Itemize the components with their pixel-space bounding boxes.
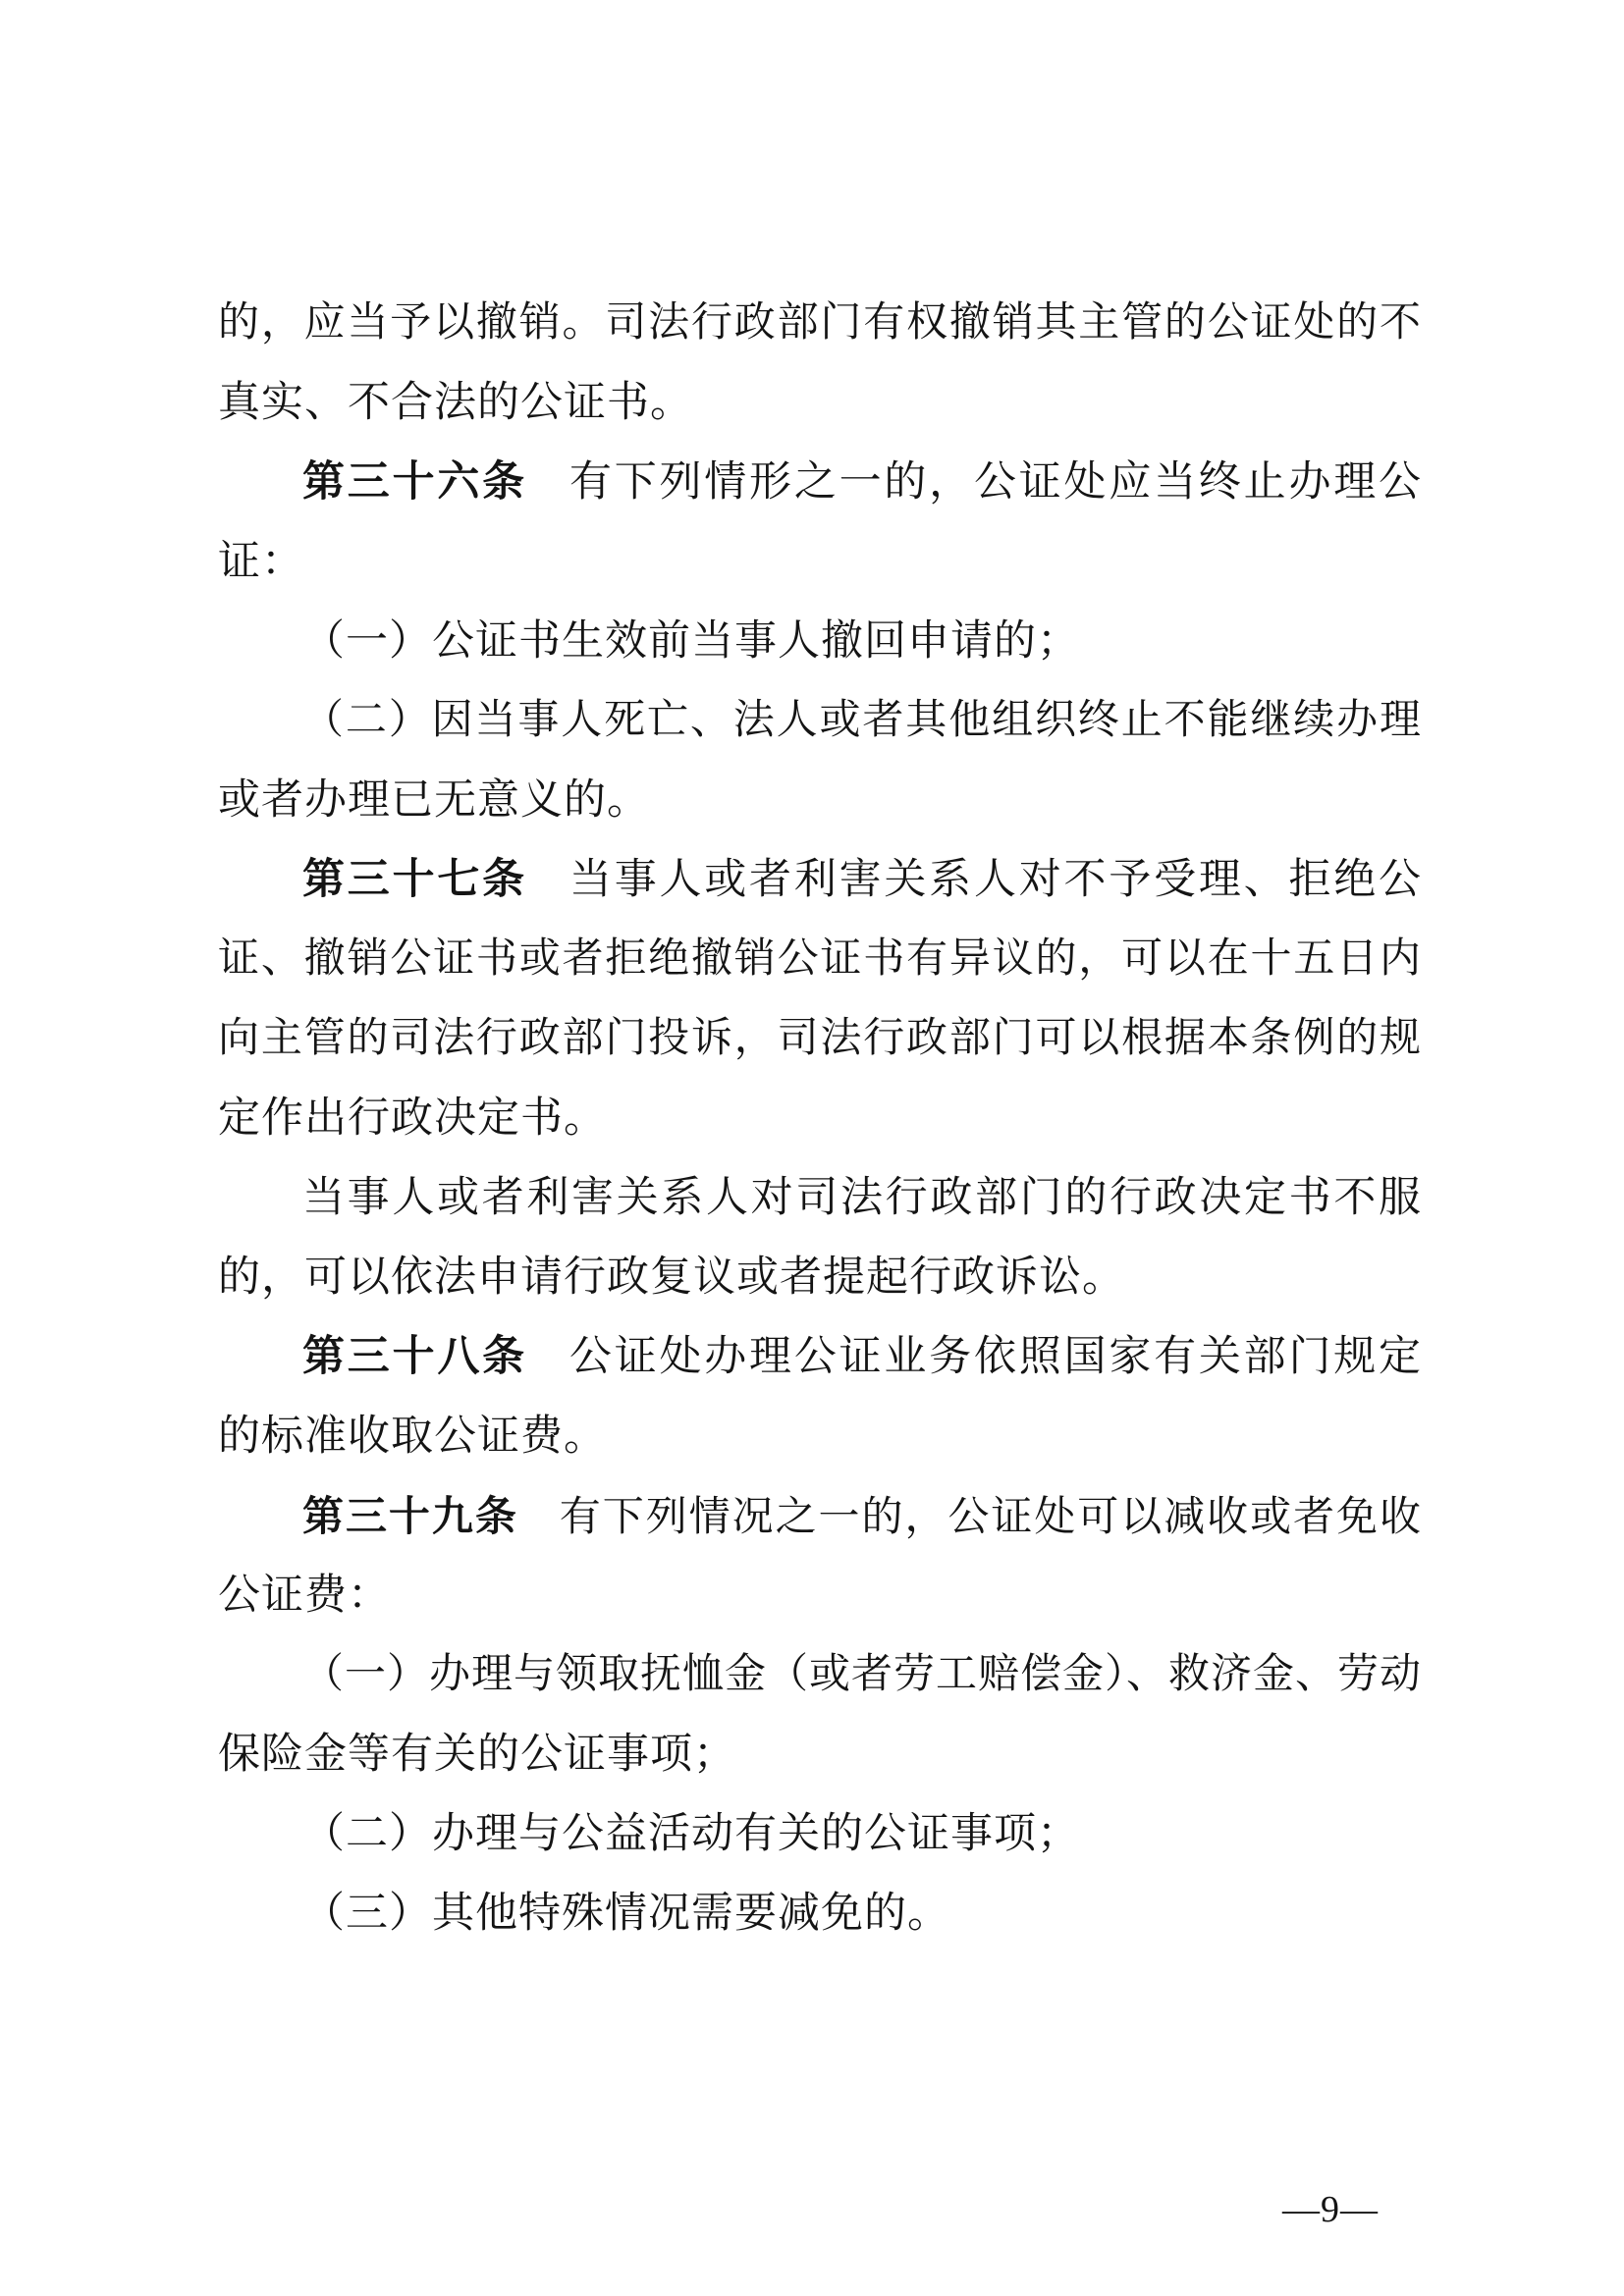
text-line: （一）办理与领取抚恤金（或者劳工赔偿金）、救济金、劳动 [218,1635,1422,1715]
text-segment: 的，可以依法申请行政复议或者提起行政诉讼。 [218,1255,1125,1301]
article-number: 第三十八条 [302,1333,527,1380]
text-segment: 保险金等有关的公证事项； [218,1732,736,1778]
text-line: 真实、不合法的公证书。 [218,363,1422,443]
text-segment: 证、撤销公证书或者拒绝撤销公证书有异议的，可以在十五日内 [218,936,1422,982]
article-number: 第三十六条 [302,458,527,506]
text-segment: 当事人或者利害关系人对不予受理、拒绝公 [569,857,1422,903]
text-segment: 证： [218,539,304,585]
text-segment: （一）公证书生效前当事人撤回申请的； [302,618,1080,665]
text-segment: （一）办理与领取抚恤金（或者劳工赔偿金）、救济金、劳动 [302,1652,1422,1697]
text-segment: 定作出行政决定书。 [218,1095,607,1142]
text-segment: 有下列情况之一的，公证处可以减收或者免收 [560,1495,1422,1540]
text-line: 保险金等有关的公证事项； [218,1715,1422,1794]
text-segment: 或者办理已无意义的。 [218,777,650,824]
document-page: 的，应当予以撤销。司法行政部门有权撤销其主管的公证处的不真实、不合法的公证书。第… [0,0,1624,2296]
text-line: 第三十七条当事人或者利害关系人对不予受理、拒绝公 [218,840,1422,920]
text-line: 第三十八条公证处办理公证业务依照国家有关部门规定 [218,1317,1422,1397]
text-line: （二）办理与公益活动有关的公证事项； [218,1794,1422,1874]
article-number: 第三十九条 [302,1493,518,1539]
text-line: 证、撤销公证书或者拒绝撤销公证书有异议的，可以在十五日内 [218,920,1422,999]
text-line: 的，可以依法申请行政复议或者提起行政诉讼。 [218,1238,1422,1317]
text-line: 当事人或者利害关系人对司法行政部门的行政决定书不服 [218,1158,1422,1238]
text-segment: 的标准收取公证费。 [218,1414,607,1460]
text-line: （三）其他特殊情况需要减免的。 [218,1874,1422,1953]
text-line: 第三十六条有下列情形之一的，公证处应当终止办理公 [218,443,1422,522]
text-line: 公证费： [218,1556,1422,1635]
document-body: 的，应当予以撤销。司法行政部门有权撤销其主管的公证处的不真实、不合法的公证书。第… [218,284,1422,1953]
text-segment: 有下列情形之一的，公证处应当终止办理公 [569,459,1422,506]
text-line: （一）公证书生效前当事人撤回申请的； [218,602,1422,681]
text-segment: （三）其他特殊情况需要减免的。 [302,1891,950,1937]
text-segment: 的，应当予以撤销。司法行政部门有权撤销其主管的公证处的不 [218,300,1422,346]
text-line: 或者办理已无意义的。 [218,761,1422,840]
article-number: 第三十七条 [302,856,527,903]
text-line: （二）因当事人死亡、法人或者其他组织终止不能继续办理 [218,681,1422,761]
text-line: 的标准收取公证费。 [218,1397,1422,1476]
text-line: 证： [218,522,1422,602]
text-segment: 当事人或者利害关系人对司法行政部门的行政决定书不服 [302,1175,1422,1221]
page-number: —9— [1282,2189,1379,2230]
text-line: 向主管的司法行政部门投诉，司法行政部门可以根据本条例的规 [218,999,1422,1079]
text-segment: （二）因当事人死亡、法人或者其他组织终止不能继续办理 [302,698,1422,743]
text-segment: 真实、不合法的公证书。 [218,380,693,426]
text-line: 的，应当予以撤销。司法行政部门有权撤销其主管的公证处的不 [218,284,1422,363]
text-segment: （二）办理与公益活动有关的公证事项； [302,1811,1080,1857]
text-segment: 公证费： [218,1573,391,1619]
text-segment: 公证处办理公证业务依照国家有关部门规定 [569,1334,1422,1380]
text-line: 定作出行政决定书。 [218,1079,1422,1158]
text-segment: 向主管的司法行政部门投诉，司法行政部门可以根据本条例的规 [218,1016,1422,1061]
text-line: 第三十九条有下列情况之一的，公证处可以减收或者免收 [218,1476,1422,1556]
